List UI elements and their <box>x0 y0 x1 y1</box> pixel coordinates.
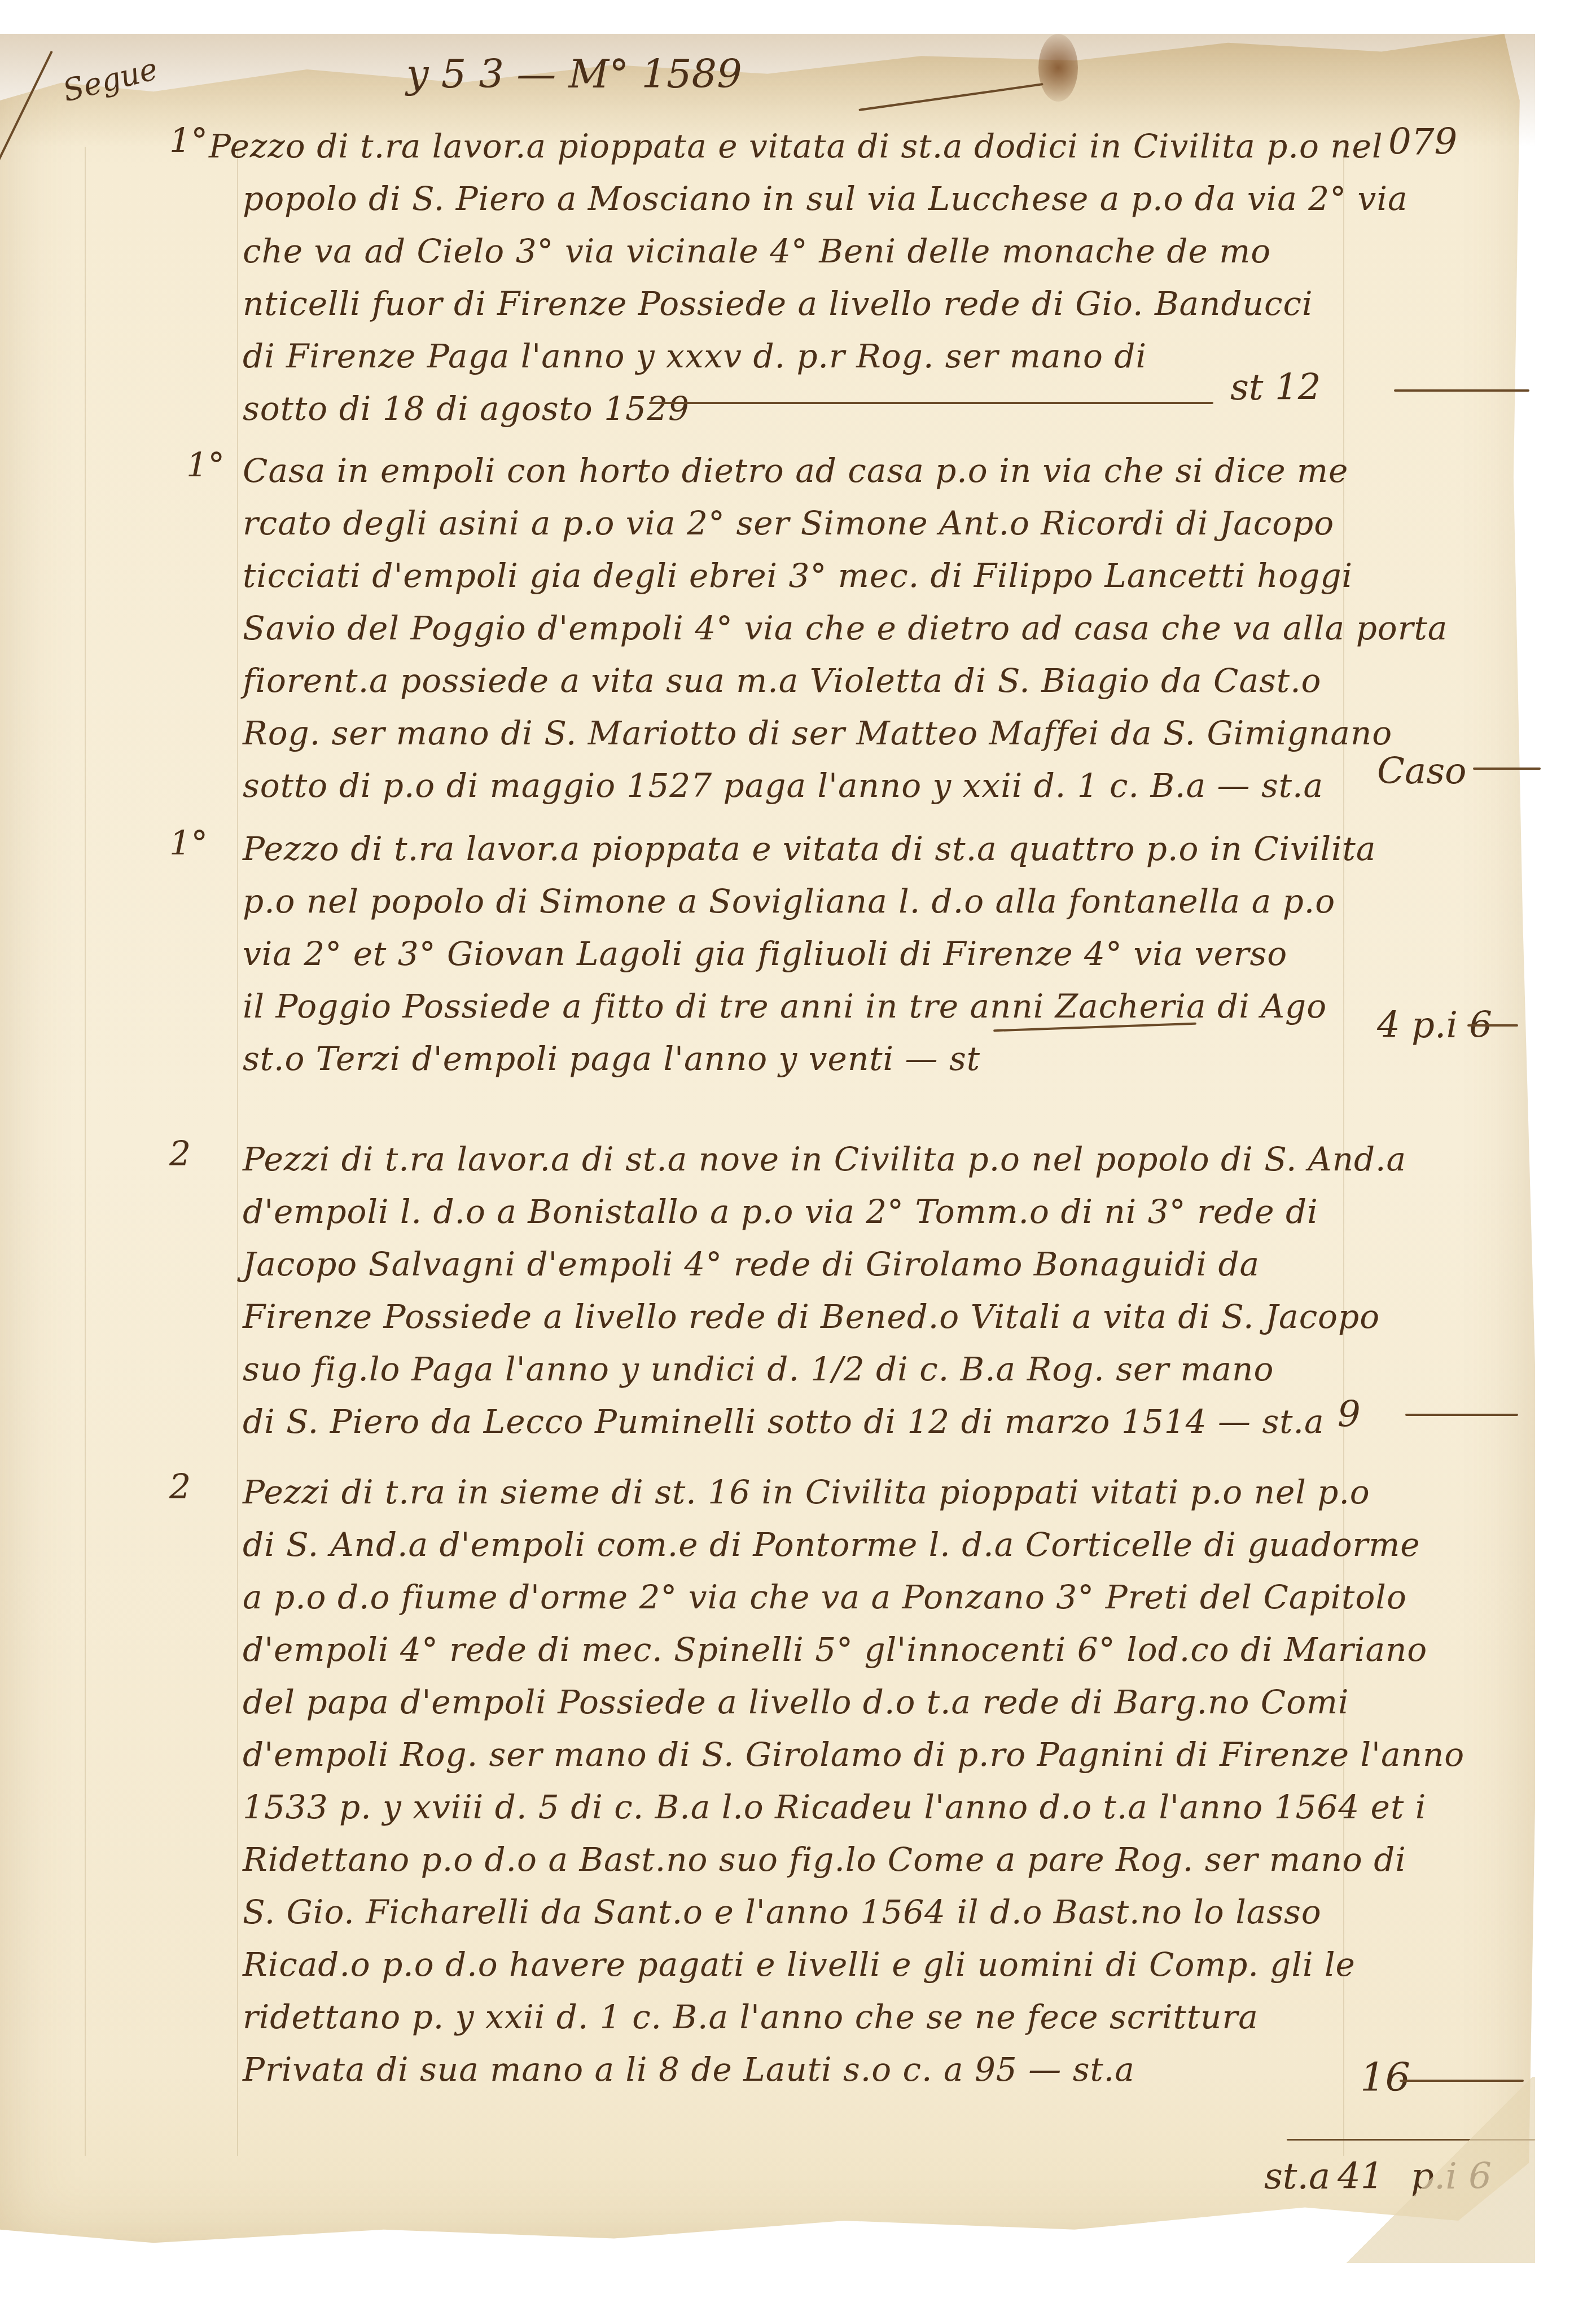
entry-5-line-3: a p.o d.o fiume d'orme 2° via che va a P… <box>243 1578 1407 1616</box>
entry-4-line-6: di S. Piero da Lecco Puminelli sotto di … <box>243 1402 1325 1441</box>
entry-1-marker: 1° <box>169 121 208 161</box>
entry-5-marker: 2 <box>169 1467 191 1507</box>
entry-5-line-8: Ridettano p.o d.o a Bast.no suo fig.lo C… <box>243 1840 1406 1879</box>
entry-4-line-2: d'empoli l. d.o a Bonistallo a p.o via 2… <box>243 1192 1318 1231</box>
entry-3-line-1: Pezzo di t.ra lavor.a pioppata e vitata … <box>243 830 1376 868</box>
entry-2-line-4: Savio del Poggio d'empoli 4° via che e d… <box>243 609 1448 647</box>
entry-2-line-7: sotto di p.o di maggio 1527 paga l'anno … <box>243 766 1323 805</box>
entry-3-line-4: il Poggio Possiede a fitto di tre anni i… <box>243 987 1327 1025</box>
entry-1-margin-rule <box>1394 389 1529 392</box>
entry-1-line-3: che va ad Cielo 3° via vicinale 4° Beni … <box>243 232 1271 270</box>
entry-2-margin-rule <box>1473 768 1541 770</box>
entry-5-line-7: 1533 p. y xviii d. 5 di c. B.a l.o Ricad… <box>243 1788 1426 1826</box>
folded-corner <box>1343 2077 1535 2263</box>
entry-5-line-5: del papa d'empoli Possiede a livello d.o… <box>243 1683 1349 1721</box>
entry-5-line-1: Pezzi di t.ra in sieme di st. 16 in Civi… <box>243 1473 1370 1511</box>
entry-5-line-6: d'empoli Rog. ser mano di S. Girolamo di… <box>243 1735 1465 1774</box>
entry-2-line-5: fiorent.a possiede a vita sua m.a Violet… <box>243 661 1321 700</box>
entry-3-marker: 1° <box>169 824 208 863</box>
entry-1-line-6: sotto di 18 di agosto 1529 <box>243 389 690 428</box>
entry-5-line-10: Ricad.o p.o d.o havere pagati e livelli … <box>243 1945 1356 1984</box>
entry-2-line-3: ticciati d'empoli gia degli ebrei 3° mec… <box>243 556 1353 595</box>
entry-3-line-5: st.o Terzi d'empoli paga l'anno y venti … <box>243 1040 980 1078</box>
entry-4-line-4: Firenze Possiede a livello rede di Bened… <box>243 1297 1380 1336</box>
entry-4-line-3: Jacopo Salvagni d'empoli 4° rede di Giro… <box>243 1245 1260 1283</box>
page-header-title: y 5 3 — M° 1589 <box>406 51 742 97</box>
entry-4-line-5: suo fig.lo Paga l'anno y undici d. 1/2 d… <box>243 1350 1274 1388</box>
entry-3-margin-rule <box>1467 1024 1518 1027</box>
entry-4-line-1: Pezzi di t.ra lavor.a di st.a nove in Ci… <box>243 1140 1406 1178</box>
entry-5-line-4: d'empoli 4° rede di mec. Spinelli 5° gl'… <box>243 1630 1427 1669</box>
entry-1-line-1: Pezzo di t.ra lavor.a pioppata e vitata … <box>209 127 1383 165</box>
entry-3-line-2: p.o nel popolo di Simone a Sovigliana l.… <box>243 882 1335 920</box>
entry-5-line-11: ridettano p. y xxii d. 1 c. B.a l'anno c… <box>243 1998 1259 2036</box>
entry-2-line-2: rcato degli asini a p.o via 2° ser Simon… <box>243 504 1334 542</box>
entry-5-line-2: di S. And.a d'empoli com.e di Pontorme l… <box>243 1525 1420 1564</box>
entry-4-total: 9 <box>1338 1394 1361 1436</box>
entry-1-fill-line <box>649 402 1213 404</box>
entry-5-line-9: S. Gio. Ficharelli da Sant.o e l'anno 15… <box>243 1893 1322 1931</box>
entry-2-margin-note: Caso <box>1377 751 1467 792</box>
margin-rule-inner <box>237 147 238 2156</box>
margin-rule-left <box>85 147 86 2156</box>
entry-2-line-6: Rog. ser mano di S. Mariotto di ser Matt… <box>243 714 1392 752</box>
entry-4-marker: 2 <box>169 1134 191 1174</box>
entry-3-line-3: via 2° et 3° Giovan Lagoli gia figliuoli… <box>243 935 1287 973</box>
entry-5-line-12: Privata di sua mano a li 8 de Lauti s.o … <box>243 2050 1135 2089</box>
entry-1-line-4: nticelli fuor di Firenze Possiede a live… <box>243 284 1313 323</box>
folio-number: 079 <box>1388 121 1457 163</box>
entry-1-total: st 12 <box>1230 367 1321 409</box>
entry-1-line-2: popolo di S. Piero a Mosciano in sul via… <box>243 179 1408 218</box>
grand-total-label: st.a <box>1264 2156 1330 2198</box>
ink-blot <box>1038 34 1078 102</box>
entry-1-line-5: di Firenze Paga l'anno y xxxv d. p.r Rog… <box>243 337 1147 375</box>
entry-4-margin-rule <box>1405 1414 1518 1416</box>
entry-2-marker: 1° <box>186 446 225 485</box>
entry-2-line-1: Casa in empoli con horto dietro ad casa … <box>243 451 1348 490</box>
